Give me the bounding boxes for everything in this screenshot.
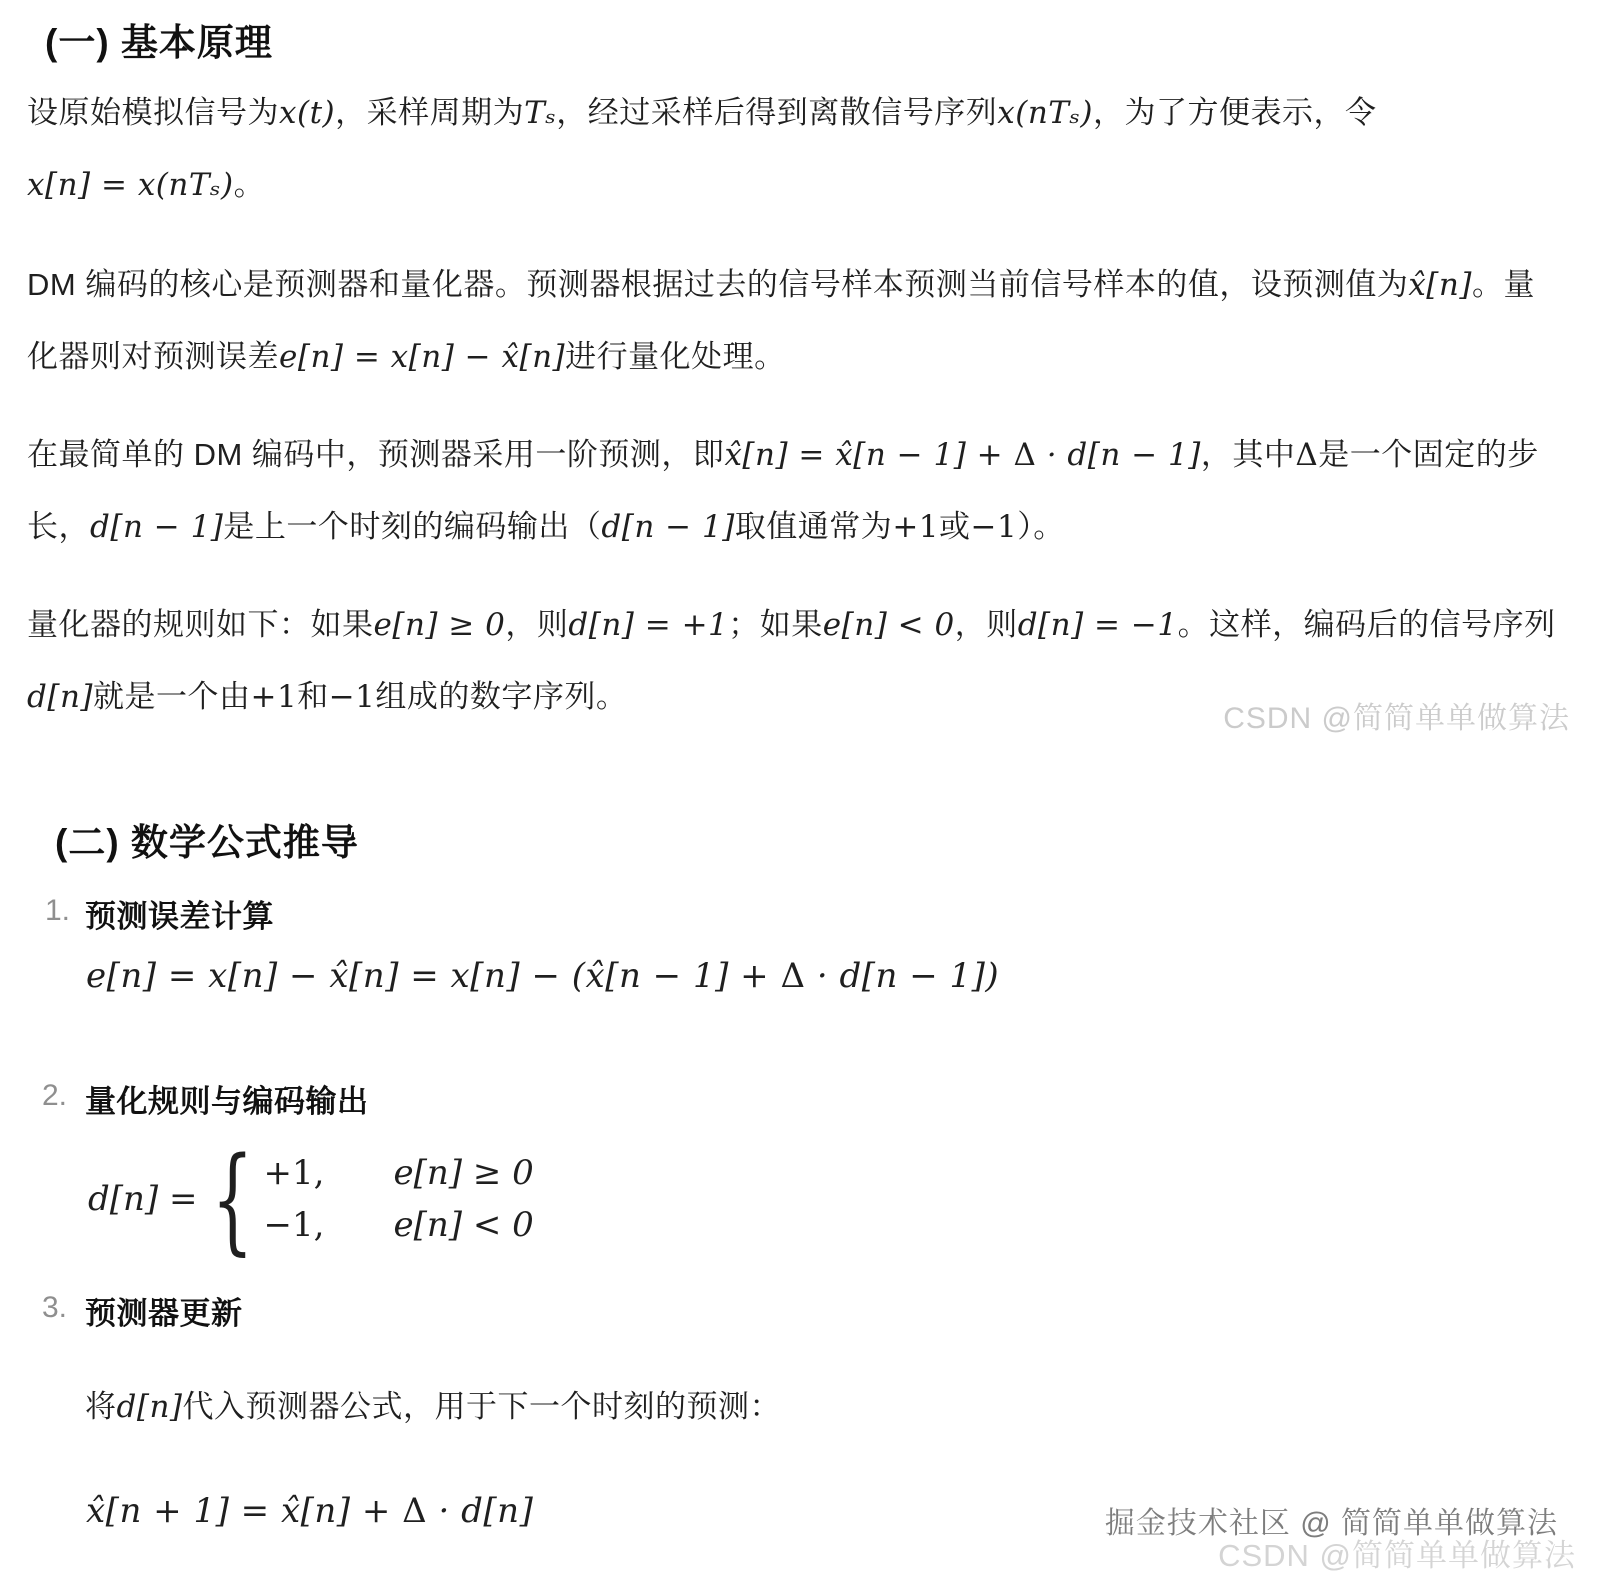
section2-heading: (二) 数学公式推导	[55, 812, 359, 866]
piecewise-condition-neg: e[n] < 0	[394, 1199, 534, 1251]
piecewise-value-neg: −1,	[264, 1199, 352, 1251]
watermark-csdn-mid: CSDN @简简单单做算法	[1223, 693, 1570, 737]
predictor-update-formula: x̂[n + 1] = x̂[n] + Δ · d[n]	[86, 1488, 533, 1534]
list-item3-label: 预测器更新	[85, 1288, 243, 1333]
paragraph4-line1: 量化器的规则如下：如果e[n] ≥ 0，则d[n] = +1；如果e[n] < …	[27, 604, 1556, 646]
watermark-csdn-bottom: CSDN @简简单单做算法	[1218, 1530, 1576, 1575]
piecewise-rows: +1, e[n] ≥ 0 −1, e[n] < 0	[264, 1147, 534, 1251]
section1-heading: (一) 基本原理	[45, 12, 273, 66]
list-item2-label: 量化规则与编码输出	[85, 1076, 369, 1121]
paragraph1-line1: 设原始模拟信号为x(t)，采样周期为Tₛ，经过采样后得到离散信号序列x(nTₛ)…	[27, 92, 1377, 134]
quantizer-piecewise-formula: d[n] = { +1, e[n] ≥ 0 −1, e[n] < 0	[88, 1138, 534, 1260]
prediction-error-formula: e[n] = x[n] − x̂[n] = x[n] − (x̂[n − 1] …	[86, 953, 999, 999]
predictor-update-note: 将d[n]代入预测器公式，用于下一个时刻的预测：	[85, 1386, 781, 1428]
piecewise-lhs: d[n] =	[88, 1179, 198, 1219]
left-brace-glyph: {	[212, 1132, 254, 1267]
piecewise-row-negative: −1, e[n] < 0	[264, 1199, 534, 1251]
document-page: (一) 基本原理 设原始模拟信号为x(t)，采样周期为Tₛ，经过采样后得到离散信…	[0, 0, 1600, 1576]
piecewise-condition-pos: e[n] ≥ 0	[394, 1147, 534, 1199]
list-item1-label: 预测误差计算	[85, 891, 274, 936]
paragraph3-line2: 长，d[n − 1]是上一个时刻的编码输出（d[n − 1]取值通常为+1或−1…	[27, 506, 1065, 548]
list-item3-number: 3.	[42, 1291, 67, 1325]
paragraph2-line1: DM 编码的核心是预测器和量化器。预测器根据过去的信号样本预测当前信号样本的值，…	[27, 264, 1535, 306]
paragraph1-line2: x[n] = x(nTₛ)。	[27, 164, 265, 206]
paragraph4-line2: d[n]就是一个由+1和−1组成的数字序列。	[27, 676, 627, 718]
list-item1-number: 1.	[45, 894, 70, 928]
piecewise-row-positive: +1, e[n] ≥ 0	[264, 1147, 534, 1199]
paragraph3-line1: 在最简单的 DM 编码中，预测器采用一阶预测，即x̂[n] = x̂[n − 1…	[27, 434, 1539, 476]
list-item2-number: 2.	[42, 1079, 67, 1113]
paragraph2-line2: 化器则对预测误差e[n] = x[n] − x̂[n]进行量化处理。	[27, 336, 786, 378]
piecewise-value-pos: +1,	[264, 1147, 352, 1199]
